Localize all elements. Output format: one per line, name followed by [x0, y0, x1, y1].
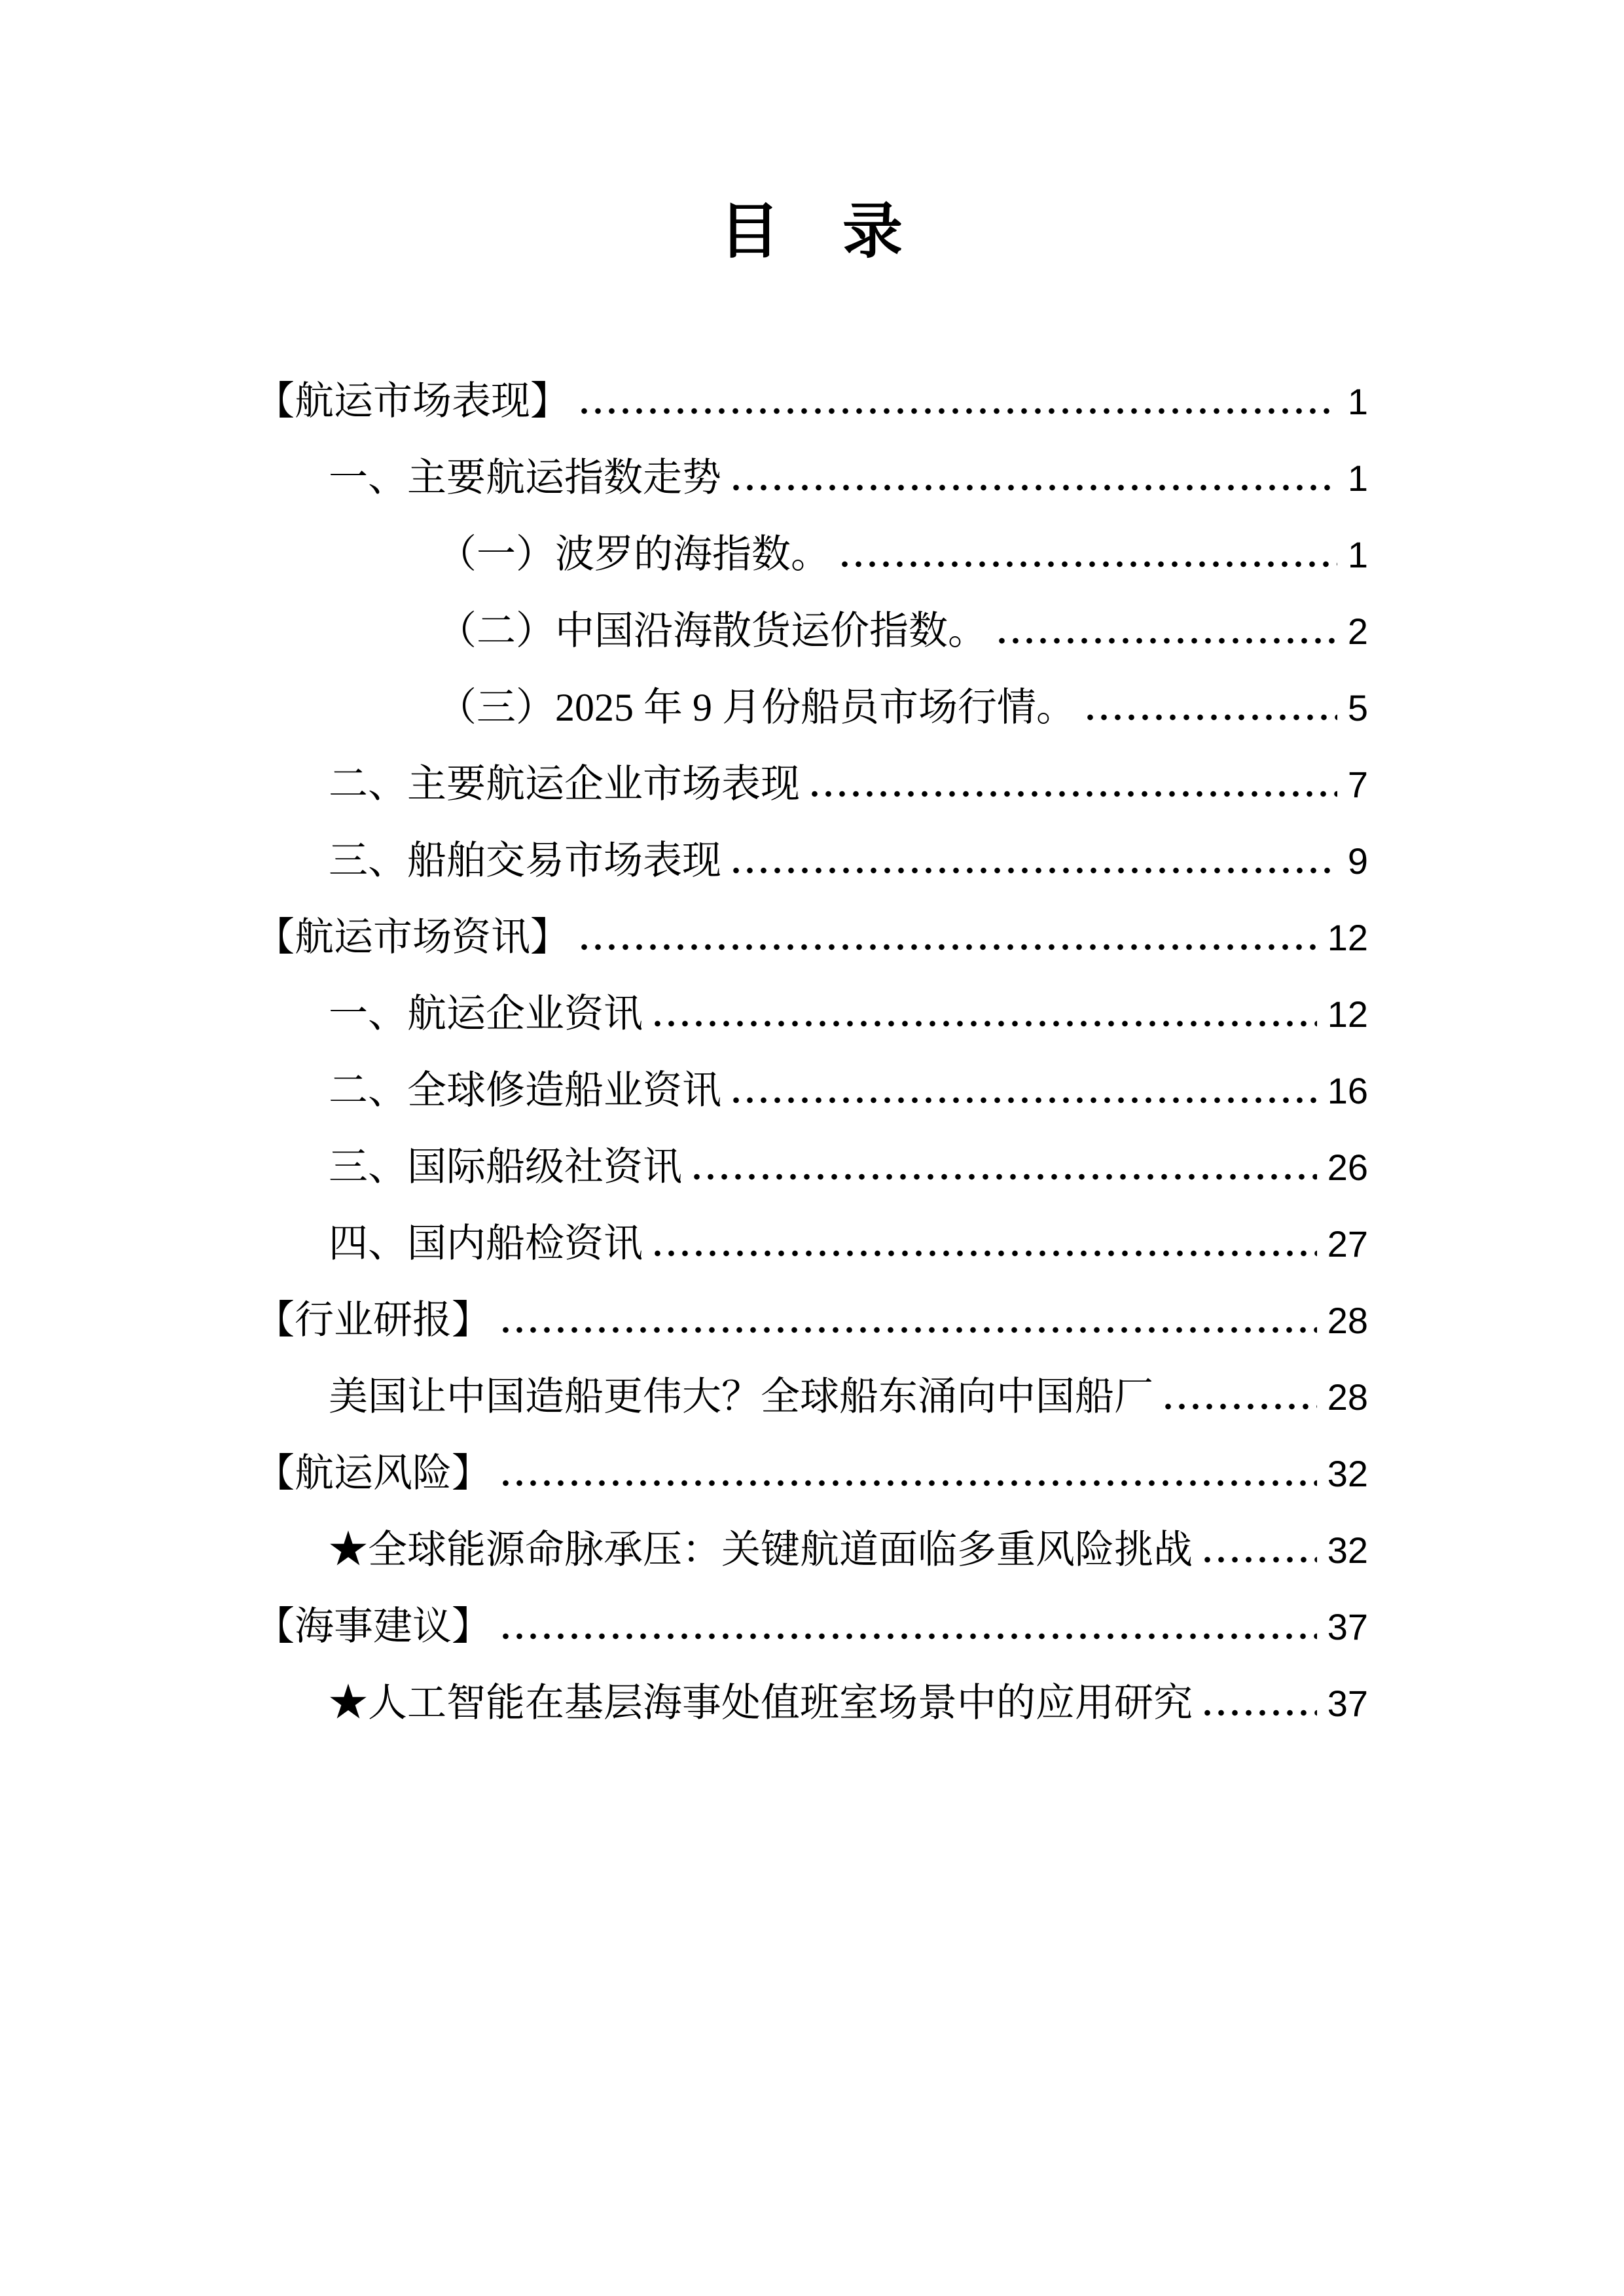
- toc-dot-leader: [503, 1633, 1317, 1640]
- toc-dot-leader: [1204, 1710, 1317, 1716]
- toc-page-number: 32: [1327, 1527, 1368, 1574]
- toc-entry[interactable]: 四、国内船检资讯 27: [255, 1220, 1368, 1268]
- toc-page-number: 16: [1327, 1067, 1368, 1115]
- toc-dot-leader: [503, 1327, 1317, 1333]
- toc-page-number: 37: [1327, 1604, 1368, 1651]
- toc-entry-label: ★人工智能在基层海事处值班室场景中的应用研究: [329, 1679, 1193, 1727]
- toc-entry[interactable]: ★全球能源命脉承压：关键航道面临多重风险挑战 32: [255, 1526, 1368, 1574]
- toc-dot-leader: [581, 408, 1337, 414]
- toc-dot-leader: [655, 1250, 1317, 1257]
- toc-entry[interactable]: （一）波罗的海指数。 1: [255, 531, 1368, 579]
- toc-page-number: 26: [1327, 1144, 1368, 1191]
- toc-page-number: 32: [1327, 1450, 1368, 1498]
- toc-dot-leader: [503, 1480, 1317, 1486]
- toc-entry-label: 二、全球修造船业资讯: [329, 1067, 721, 1114]
- toc-entry[interactable]: 一、主要航运指数走势 1: [255, 454, 1368, 502]
- toc-dot-leader: [999, 637, 1337, 644]
- toc-entry[interactable]: 【海事建议】 37: [255, 1603, 1368, 1651]
- toc-entry[interactable]: （二）中国沿海散货运价指数。 2: [255, 607, 1368, 655]
- page-title: 目 录: [255, 202, 1368, 262]
- toc-entry-label: 四、国内船检资讯: [329, 1220, 643, 1267]
- toc-entry-label: （一）波罗的海指数。: [437, 531, 830, 578]
- toc-page-number: 1: [1348, 531, 1368, 579]
- toc-page-number: 1: [1348, 378, 1368, 425]
- toc-entry[interactable]: 【航运风险】 32: [255, 1450, 1368, 1498]
- toc-page-number: 37: [1327, 1680, 1368, 1727]
- toc-dot-leader: [812, 791, 1337, 797]
- toc-entry-label: （三）2025 年 9 月份船员市场行情。: [437, 684, 1075, 731]
- toc-entry-label: 一、航运企业资讯: [329, 990, 643, 1037]
- toc-dot-leader: [733, 484, 1337, 491]
- toc-entry-label: 【航运市场资讯】: [255, 914, 569, 961]
- toc-entry-label: 【航运风险】: [255, 1450, 491, 1497]
- toc-page-number: 27: [1327, 1221, 1368, 1268]
- toc-entry[interactable]: 二、全球修造船业资讯 16: [255, 1067, 1368, 1115]
- table-of-contents: 【航运市场表现】 1 一、主要航运指数走势 1 （一）波罗的海指数。 1 （二）…: [255, 378, 1368, 1727]
- toc-entry[interactable]: 【航运市场资讯】 12: [255, 914, 1368, 961]
- toc-page-number: 7: [1348, 761, 1368, 808]
- toc-dot-leader: [733, 867, 1337, 874]
- toc-entry-label: 一、主要航运指数走势: [329, 454, 721, 501]
- toc-entry[interactable]: 二、主要航运企业市场表现 7: [255, 761, 1368, 808]
- toc-entry-label: 三、船舶交易市场表现: [329, 837, 721, 884]
- toc-entry-label: 【海事建议】: [255, 1603, 491, 1650]
- toc-entry-label: 【行业研报】: [255, 1297, 491, 1344]
- toc-entry[interactable]: （三）2025 年 9 月份船员市场行情。 5: [255, 684, 1368, 732]
- toc-page-number: 1: [1348, 455, 1368, 502]
- toc-dot-leader: [1204, 1556, 1317, 1563]
- toc-entry[interactable]: 【行业研报】 28: [255, 1297, 1368, 1344]
- toc-entry[interactable]: 三、国际船级社资讯 26: [255, 1143, 1368, 1191]
- toc-page-number: 28: [1327, 1297, 1368, 1344]
- toc-entry[interactable]: 【航运市场表现】 1: [255, 378, 1368, 425]
- toc-page-number: 9: [1348, 838, 1368, 885]
- toc-dot-leader: [655, 1020, 1317, 1027]
- toc-entry-label: 二、主要航运企业市场表现: [329, 761, 800, 808]
- toc-dot-leader: [842, 561, 1337, 567]
- toc-entry[interactable]: 三、船舶交易市场表现 9: [255, 837, 1368, 885]
- toc-dot-leader: [1165, 1403, 1317, 1410]
- toc-entry[interactable]: 一、航运企业资讯 12: [255, 990, 1368, 1038]
- toc-entry[interactable]: 美国让中国造船更伟大？全球船东涌向中国船厂 28: [255, 1373, 1368, 1421]
- toc-dot-leader: [733, 1097, 1317, 1103]
- toc-entry-label: 三、国际船级社资讯: [329, 1143, 682, 1191]
- toc-page-number: 12: [1327, 991, 1368, 1038]
- toc-dot-leader: [1087, 714, 1337, 721]
- toc-page-number: 28: [1327, 1374, 1368, 1421]
- toc-entry-label: 美国让中国造船更伟大？全球船东涌向中国船厂: [329, 1373, 1153, 1420]
- document-page: 目 录 【航运市场表现】 1 一、主要航运指数走势 1 （一）波罗的海指数。 1…: [0, 0, 1624, 2296]
- toc-entry-label: （二）中国沿海散货运价指数。: [437, 607, 987, 655]
- toc-page-number: 2: [1348, 608, 1368, 655]
- toc-entry-label: ★全球能源命脉承压：关键航道面临多重风险挑战: [329, 1526, 1193, 1573]
- toc-dot-leader: [581, 944, 1317, 950]
- toc-entry[interactable]: ★人工智能在基层海事处值班室场景中的应用研究 37: [255, 1679, 1368, 1727]
- toc-page-number: 12: [1327, 914, 1368, 961]
- toc-dot-leader: [694, 1174, 1317, 1180]
- toc-page-number: 5: [1348, 685, 1368, 732]
- toc-entry-label: 【航运市场表现】: [255, 378, 569, 425]
